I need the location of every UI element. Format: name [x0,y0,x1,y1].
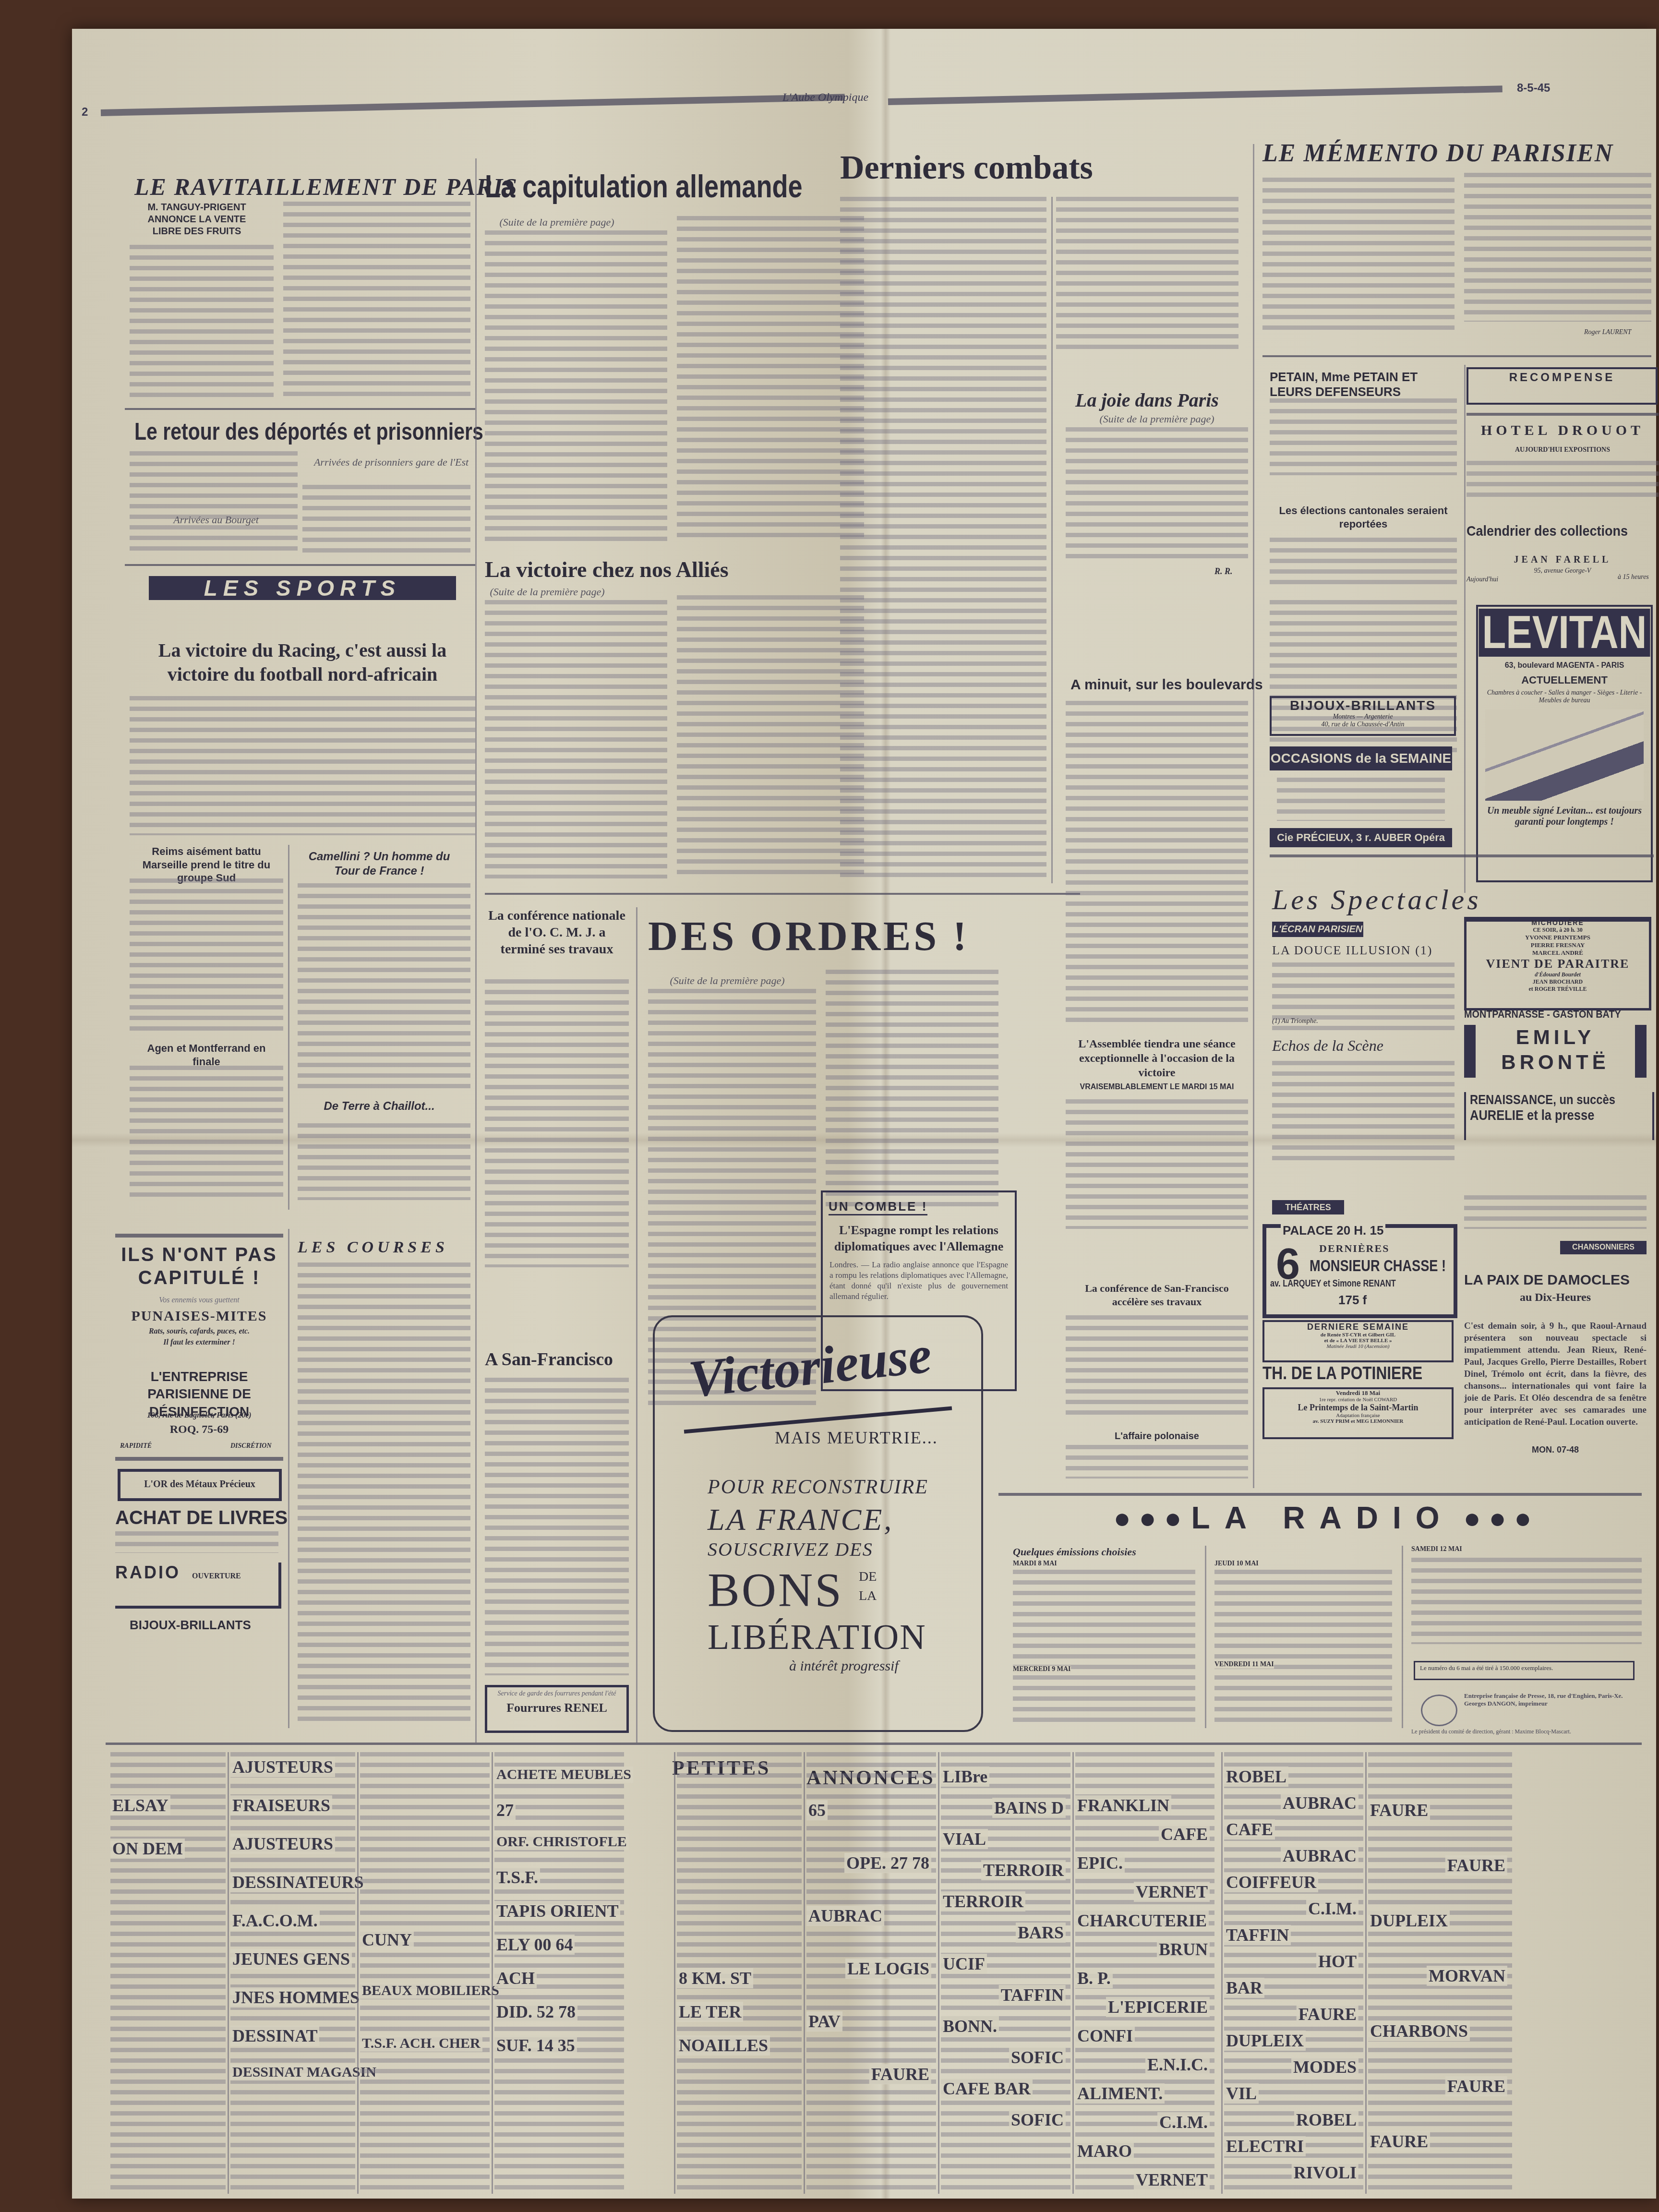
ecran-banner: L'ÉCRAN PARISIEN [1272,922,1363,937]
article-body [826,970,998,1210]
renel-ad: Service de garde des fourrures pendant l… [485,1685,629,1733]
paper-name: L'Aube Olympique [782,91,868,104]
palace-cast: av. LARQUEY et Simone RENANT [1270,1278,1396,1289]
classified-keyword: AJUSTEURS [230,1834,335,1854]
damocles-venue: au Dix-Heures [1464,1291,1647,1304]
column-rule [1402,1546,1403,1728]
classified-keyword: FRAISEURS [230,1795,332,1815]
occasions-body [1277,778,1445,821]
article-body [130,245,274,398]
classified-keyword: MARO [1075,2141,1134,2161]
courses-title: LES COURSES [298,1238,448,1257]
joie-paris-signature: R. R. [1214,566,1233,577]
classified-keyword: TERROIR [941,1891,1025,1911]
levitan-brand: LEVITAN [1479,609,1650,657]
column-rule [804,1752,805,2194]
article-body [1270,538,1457,590]
column-rule [1253,144,1254,1488]
classified-keyword: ON DEM [110,1839,185,1859]
victorieuse-ad: Victorieuse MAIS MEURTRIE... POUR RECONS… [653,1315,983,1732]
classified-keyword: ELECTRI [1224,2136,1306,2156]
article-body [1066,427,1248,562]
classified-keyword: E.N.I.C. [1145,2055,1210,2075]
victoire-allies-sub: (Suite de la première page) [485,586,610,598]
article-body [1467,461,1659,499]
bijoux-address: 40, rue de la Chaussée-d'Antin [1272,721,1454,729]
classified-column [230,1752,355,2194]
echos-body [1272,1061,1455,1166]
palace-title: PALACE 20 H. 15 [1281,1223,1385,1238]
article-body [298,1123,470,1200]
classified-keyword: BAR [1224,1978,1264,1998]
derniere-semaine-line: Matinée Jeudi 10 (Ascension) [1264,1344,1452,1349]
classified-keyword: B. P. [1075,1968,1113,1988]
or-ad: L'OR des Métaux Précieux [118,1469,282,1501]
classified-keyword: DID. 52 78 [494,2002,577,2022]
victorieuse-bons: BONS [708,1562,843,1617]
divider [1467,413,1659,416]
classified-keyword: PAV [806,2011,842,2032]
radio-listings [1013,1570,1195,1728]
ad-tagline: DISCRÉTION [230,1443,272,1450]
ad-rule [115,1457,283,1461]
classified-keyword: TAFFIN [999,1985,1066,2005]
retour-title: Le retour des déportés et prisonniers [134,418,483,445]
classified-keyword: FAURE [1368,1800,1430,1820]
michodiere-cast: MARCEL ANDRÉ [1467,949,1649,957]
san-francisco-title: A San-Francisco [485,1349,613,1370]
classified-keyword: F.A.C.O.M. [230,1911,320,1931]
article-body [485,230,667,542]
newspaper-page: 2 L'Aube Olympique 8-5-45 LE RAVITAILLEM… [72,29,1656,2199]
ad-rule [115,1234,283,1238]
page-number: 2 [82,106,88,119]
palace-ad: PALACE 20 H. 15 6 DERNIÈRES MONSIEUR CHA… [1262,1224,1457,1318]
classified-keyword: C.I.M. [1157,2112,1210,2132]
classified-keyword: NOAILLES [677,2035,770,2056]
victorieuse-line: LA FRANCE, [708,1502,893,1538]
classified-keyword: AUBRAC [806,1906,884,1926]
michodiere-play: VIENT DE PARAITRE [1467,957,1649,971]
petain-title: PETAIN, Mme PETAIN ET LEURS DEFENSEURS [1270,370,1462,399]
hotel-drouot-sub: AUJOURD'HUI EXPOSITIONS [1467,446,1659,454]
classified-keyword: BARS [1016,1923,1066,1943]
classified-keyword: CHARCUTERIE [1075,1911,1209,1931]
column-rule [1072,1752,1074,2194]
classified-keyword: FAURE [1368,2131,1430,2152]
column-rule [1205,1546,1206,1728]
article-body [1066,1315,1248,1421]
recompense-ad: RECOMPENSE [1467,367,1658,405]
column-rule [938,1752,939,2194]
michodiere-time: CE SOIR, à 20 h. 30 [1467,926,1649,934]
article-body [130,1066,283,1200]
classified-keyword: BAINS D [992,1798,1066,1818]
un-comble-label: UN COMBLE ! [829,1199,927,1215]
michodiere-cast: et ROGER TRÉVILLE [1467,986,1649,993]
article-body [1270,398,1457,475]
column-rule [636,907,637,1743]
derniere-semaine-line: de Renée ST-CYR et Gilbert GIL [1264,1332,1452,1338]
palace-play: MONSIEUR CHASSE ! [1310,1257,1446,1275]
ravitaillement-title: LE RAVITAILLEMENT DE PARIS [134,173,518,201]
potiniere-date: Vendredi 18 Mai [1264,1389,1452,1397]
derniers-combats-title: Derniers combats [840,149,1093,187]
article-body [840,197,1046,883]
classified-keyword: FAURE [1297,2004,1358,2024]
radio-ad: RADIO OUVERTURE [115,1563,281,1609]
ravitaillement-subtitle: M. TANGUY-PRIGENT ANNONCE LA VENTE LIBRE… [134,202,259,238]
classified-keyword: AUBRAC [1281,1793,1358,1813]
masthead-rule-left [101,94,845,116]
classified-keyword: BEAUX MOBILIERS [360,1983,501,1999]
levitan-ad: LEVITAN 63, boulevard MAGENTA - PARIS AC… [1476,605,1653,882]
hotel-drouot-title: HOTEL DROUOT [1467,422,1659,439]
bijoux-sub: Montres — Argenterie [1272,713,1454,721]
classified-keyword: FAURE [869,2064,931,2084]
classified-keyword: CHARBONS [1368,2021,1470,2041]
potiniere-title: TH. DE LA POTINIERE [1262,1363,1422,1383]
classified-keyword: CAFE BAR [941,2079,1033,2099]
un-comble-body: Londres. — La radio anglaise annonce que… [829,1260,1008,1302]
levitan-slogan: Un meuble signé Levitan... est toujours … [1483,805,1646,828]
radio-title: LA RADIO [1191,1500,1454,1536]
ad-text: Rats, souris, cafards, puces, etc. [115,1327,283,1336]
classified-keyword: CUNY [360,1930,414,1950]
classified-keyword: AJUSTEURS [230,1757,335,1777]
classified-keyword: ROBEL [1224,1767,1288,1787]
minuit-title: A minuit, sur les boulevards [1070,677,1263,693]
divider [998,1493,1642,1496]
palace-price: 175 f [1338,1293,1367,1308]
michodiere-cast: YVONNE PRINTEMPS [1467,934,1649,941]
tirage-note: Le numéro du 6 mai a été tiré à 150.000 … [1414,1661,1635,1680]
radio-ad-subtitle: OUVERTURE [192,1572,241,1580]
ad-body [115,1531,278,1553]
film-title: LA DOUCE ILLUSION (1) [1272,943,1432,958]
classified-keyword: TAFFIN [1224,1925,1291,1945]
occasions-footer: Cie PRÉCIEUX, 3 r. AUBER Opéra [1270,828,1452,847]
classified-keyword: DESSINAT MAGASIN [230,2064,378,2080]
michodiere-cast: PIERRE FRESNAY [1467,941,1649,949]
ad-text: Vos ennemis vous guettent [115,1296,283,1305]
assemblee-title: L'Assemblée tiendra une séance exception… [1066,1037,1248,1080]
column-rule [1464,365,1466,893]
article-body [485,600,667,878]
michodiere-cast: JEAN BROCHARD [1467,978,1649,986]
classified-keyword: FAURE [1445,1855,1507,1875]
levitan-desc: Chambres à coucher - Salles à manger - S… [1483,689,1646,705]
livres-ad-title: ACHAT DE LIVRES [115,1507,288,1529]
article-body [283,202,470,398]
bedroom-illustration [1485,709,1644,801]
derniere-semaine-line: et de « LA VIE EST BELLE » [1264,1338,1452,1344]
masthead-rule-right [888,85,1503,105]
classified-keyword: MORVAN [1427,1966,1507,1986]
column-rule [1221,1752,1223,2194]
classified-keyword: VIL [1224,2083,1259,2104]
recompense-title: RECOMPENSE [1468,371,1656,385]
ad-text: Il faut les exterminer ! [115,1338,283,1347]
classified-keyword: ORF. CHRISTOFLE [494,1834,629,1850]
classified-keyword: LE TER [677,2002,743,2022]
michodiere-theatre: MICHODIÈRE [1467,919,1649,926]
renaissance-title: RENAISSANCE, un succès [1470,1092,1625,1107]
elections-title: Les élections cantonales seraient report… [1270,504,1457,530]
memento-title: LE MÉMENTO DU PARISIEN [1262,139,1613,168]
classified-keyword: LE LOGIS [845,1959,931,1979]
classified-keyword: UCIF [941,1954,987,1974]
classified-keyword: T.S.F. [494,1867,540,1887]
joie-paris-title: La joie dans Paris [1075,389,1219,411]
bijoux-brillants-ad: BIJOUX-BRILLANTS Montres — Argenterie 40… [1270,696,1456,736]
classified-keyword: JNES HOMMES [230,1987,361,2008]
classified-keyword: 8 KM. ST [677,1968,753,1988]
divider [106,1743,1642,1745]
levitan-actuel: ACTUELLEMENT [1478,674,1651,686]
radio-day: MARDI 8 MAI [1013,1560,1057,1568]
assemblee-date: VRAISEMBLABLEMENT LE MARDI 15 MAI [1066,1082,1248,1092]
classified-keyword: DESSINATEURS [230,1872,365,1892]
column-rule [228,1752,229,2194]
levitan-address: 63, boulevard MAGENTA - PARIS [1478,661,1651,670]
classified-keyword: TAPIS ORIENT [494,1901,620,1921]
classified-keyword: BONN. [941,2016,999,2036]
classified-keyword: TERROIR [981,1860,1066,1880]
classified-keyword: CAFE [1224,1819,1275,1839]
column-rule [1051,197,1053,883]
article-body [1464,1195,1647,1229]
radio-day: JEUDI 10 MAI [1214,1560,1259,1568]
damocles-title: LA PAIX DE DAMOCLES [1464,1272,1630,1288]
column-rule [475,158,477,1743]
classified-keyword: FAURE [1445,2076,1507,2096]
derniere-semaine-title: DERNIERE SEMAINE [1264,1322,1452,1332]
renaissance-play: AURELIE et la presse [1470,1107,1625,1124]
article-body [1262,178,1455,336]
capitulation-title: La capitulation allemande [485,168,803,204]
column-rule [288,845,289,1210]
retour-subhead: Arrivées au Bourget [144,514,288,526]
classified-keyword: SUF. 14 35 [494,2035,577,2056]
column-rule [492,1752,493,2194]
classified-keyword: VIAL [941,1829,988,1849]
victoire-allies-title: La victoire chez nos Alliés [485,557,729,582]
divider [1270,854,1654,857]
classified-keyword: ELY 00 64 [494,1935,575,1955]
spectacles-title: Les Spectacles [1272,883,1481,916]
article-body [485,979,629,1267]
echos-title: Echos de la Scène [1272,1037,1383,1055]
classified-keyword: FRANKLIN [1075,1795,1171,1815]
article-body [1056,197,1238,355]
radio-banner: ● ● ● LA RADIO ● ● ● [1003,1500,1642,1536]
divider [1262,355,1651,357]
column-rule [288,1229,289,1728]
damocles-body: C'est demain soir, à 9 h., que Raoul-Arn… [1464,1320,1647,1428]
un-comble-title: L'Espagne rompt les relations diplomatiq… [828,1222,1010,1255]
damocles-phone: MON. 07-48 [1464,1445,1647,1455]
classified-keyword: BRUN [1157,1939,1210,1960]
classified-keyword: LIBre [941,1767,989,1787]
classified-keyword: JEUNES GENS [230,1949,352,1969]
occasions-banner: OCCASIONS de la SEMAINE [1270,746,1452,770]
classified-keyword: CAFE [1159,1824,1210,1844]
calendrier-day: Aujourd'hui [1467,576,1498,584]
potiniere-play: Le Printemps de la Saint-Martin [1264,1403,1452,1413]
classified-keyword: VERNET [1134,1882,1210,1902]
ad-product: PUNAISES-MITES [115,1308,283,1324]
classified-keyword: EPIC. [1075,1853,1125,1873]
sports-subhead: Agen et Montferrand en finale [134,1042,278,1068]
classified-keyword: SOFIC [1009,2047,1066,2068]
michodiere-ad: MICHODIÈRE CE SOIR, à 20 h. 30 YVONNE PR… [1464,917,1651,1010]
ad-phone: ROQ. 75-69 [115,1423,283,1436]
derniere-semaine-ad: DERNIERE SEMAINE de Renée ST-CYR et Gilb… [1262,1320,1454,1362]
victorieuse-line: MAIS MEURTRIE... [775,1428,938,1448]
sports-subhead: De Terre à Chaillot... [298,1099,461,1114]
column-rule [357,1752,359,2194]
calendrier-title: Calendrier des collections [1467,523,1628,540]
ocmj-title: La conférence nationale de l'O. C. M. J.… [485,907,629,958]
divider [125,564,475,566]
article-body [130,878,283,1032]
film-note: (1) Au Triomphe. [1272,1018,1318,1025]
michodiere-author: d'Édouard Bourdet [1467,971,1649,978]
article-body [130,696,475,835]
palace-dernieres: DERNIÈRES [1319,1242,1389,1255]
classified-keyword: COIFFEUR [1224,1872,1318,1892]
classified-keyword: DUPLEIX [1368,1911,1450,1931]
calendrier-name: JEAN FARELL [1467,554,1659,565]
sports-subhead: Camellini ? Un homme du Tour de France ! [298,850,461,878]
calendrier-time: à 15 heures [1618,574,1649,581]
classified-keyword: OPE. 27 78 [844,1853,931,1873]
article-body [677,216,864,542]
article-body [677,595,864,878]
divider [485,893,1080,895]
article-body [130,451,298,557]
radio-subtitle: Quelques émissions choisies [1013,1546,1136,1558]
or-ad-title: L'OR des Métaux Précieux [120,1479,279,1490]
affaire-title: L'affaire polonaise [1066,1431,1248,1443]
victorieuse-la: LA [859,1588,877,1604]
article-body [485,1378,629,1675]
dots-decoration: ● ● ● [1463,1502,1531,1535]
victorieuse-line: POUR RECONSTRUIRE [708,1476,928,1499]
victorieuse-liberation: LIBÉRATION [708,1617,926,1658]
classified-keyword: 65 [806,1800,828,1820]
radio-day: VENDREDI 11 MAI [1214,1661,1274,1669]
classified-keyword: L'EPICERIE [1106,1997,1210,2017]
bijoux-ad-left-title: BIJOUX-BRILLANTS [130,1618,251,1633]
courses-body [298,1262,470,1723]
classified-keyword: ELSAY [110,1795,170,1815]
potiniere-ad: Vendredi 18 Mai 1re repr. création de No… [1262,1387,1454,1439]
classified-keyword: CONFI [1075,2026,1135,2046]
article-body [298,883,470,1090]
classified-column [360,1752,490,2194]
potiniere-cast: av. SUZY PRIM et MEG LEMONNIER [1264,1419,1452,1424]
classified-keyword: 27 [494,1800,516,1820]
article-body [1464,173,1651,322]
potiniere-line: 1re repr. création de Noël COWARD [1264,1397,1452,1403]
emily-bronte-title: EMILY BRONTË [1464,1025,1647,1078]
ad-address: 108, rue de Bagnolet, Paris (20e) [115,1411,283,1420]
classified-keyword: AUBRAC [1281,1846,1358,1866]
union-label-icon [1421,1695,1457,1726]
classified-keyword: ROBEL [1294,2110,1358,2130]
classified-keyword: DESSINAT [230,2026,319,2046]
classified-column [110,1752,226,2194]
classified-keyword: C.I.M. [1306,1899,1358,1919]
classified-keyword: VERNET [1134,2170,1210,2190]
potiniere-line: Adaptation française [1264,1413,1452,1419]
classified-keyword: HOT [1316,1951,1358,1972]
victorieuse-line: SOUSCRIVEZ DES [708,1538,873,1561]
printer-note: Entreprise française de Presse, 18, rue … [1464,1692,1642,1707]
classified-keyword: MODES [1291,2057,1358,2077]
classified-keyword: DUPLEIX [1224,2031,1306,2051]
radio-ad-title: RADIO [115,1563,180,1582]
radio-listings [1214,1570,1392,1728]
ad-tagline: RAPIDITÉ [120,1443,152,1450]
victorieuse-de: DE [859,1569,877,1585]
capitulation-sub: (Suite de la première page) [485,216,629,228]
director-note: Le président du comité de direction, gér… [1411,1728,1642,1735]
renaissance-ad: RENAISSANCE, un succès AURELIE et la pre… [1464,1092,1654,1140]
classified-keyword: T.S.F. ACH. CHER [360,2035,482,2052]
column-rule [1365,1752,1367,2194]
sports-banner: LES SPORTS [149,576,456,600]
memento-signature: Roger LAURENT [1584,329,1631,337]
punaises-ad-title: ILS N'ONT PAS CAPITULÉ ! [115,1243,283,1289]
article-body [302,485,470,557]
article-body [1066,1445,1248,1479]
radio-listings [1411,1558,1642,1644]
bijoux-title: BIJOUX-BRILLANTS [1272,698,1454,713]
column-rule [674,1752,675,2194]
classified-keyword: ACH [494,1968,537,1988]
des-ordres-title: DES ORDRES ! [648,912,969,960]
classified-keyword: SOFIC [1009,2110,1066,2130]
classified-keyword: RIVOLI [1292,2163,1358,2183]
theatres-label: THÉATRES [1272,1200,1344,1214]
radio-day: MERCREDI 9 MAI [1013,1666,1071,1673]
article-body [1066,1099,1248,1229]
radio-day: SAMEDI 12 MAI [1411,1546,1462,1553]
victorieuse-footer: à intérêt progressif [789,1658,899,1674]
montparnasse-header: MONTPARNASSE - GASTON BATY [1464,1008,1621,1021]
article-body [1066,701,1248,1022]
page-date: 8-5-45 [1517,82,1550,95]
conf-sf-title: La conférence de San-Francisco accélère … [1066,1282,1248,1308]
renel-ad-line: Service de garde des fourrures pendant l… [487,1690,626,1698]
classified-keyword: ALIMENT. [1075,2083,1165,2104]
renel-ad-title: Fourrures RENEL [487,1701,626,1715]
divider [125,408,475,410]
chansonniers-label: CHANSONNIERS [1560,1241,1647,1254]
joie-paris-sub: (Suite de la première page) [1070,413,1243,425]
classified-keyword: ACHETE MEUBLES [494,1767,633,1783]
des-ordres-sub: (Suite de la première page) [648,974,806,987]
dots-decoration: ● ● ● [1113,1502,1181,1535]
retour-subhead: Arrivées de prisonniers gare de l'Est [312,456,470,469]
victorieuse-headline: Victorieuse [686,1324,935,1410]
sports-title: La victoire du Racing, c'est aussi la vi… [130,638,475,686]
